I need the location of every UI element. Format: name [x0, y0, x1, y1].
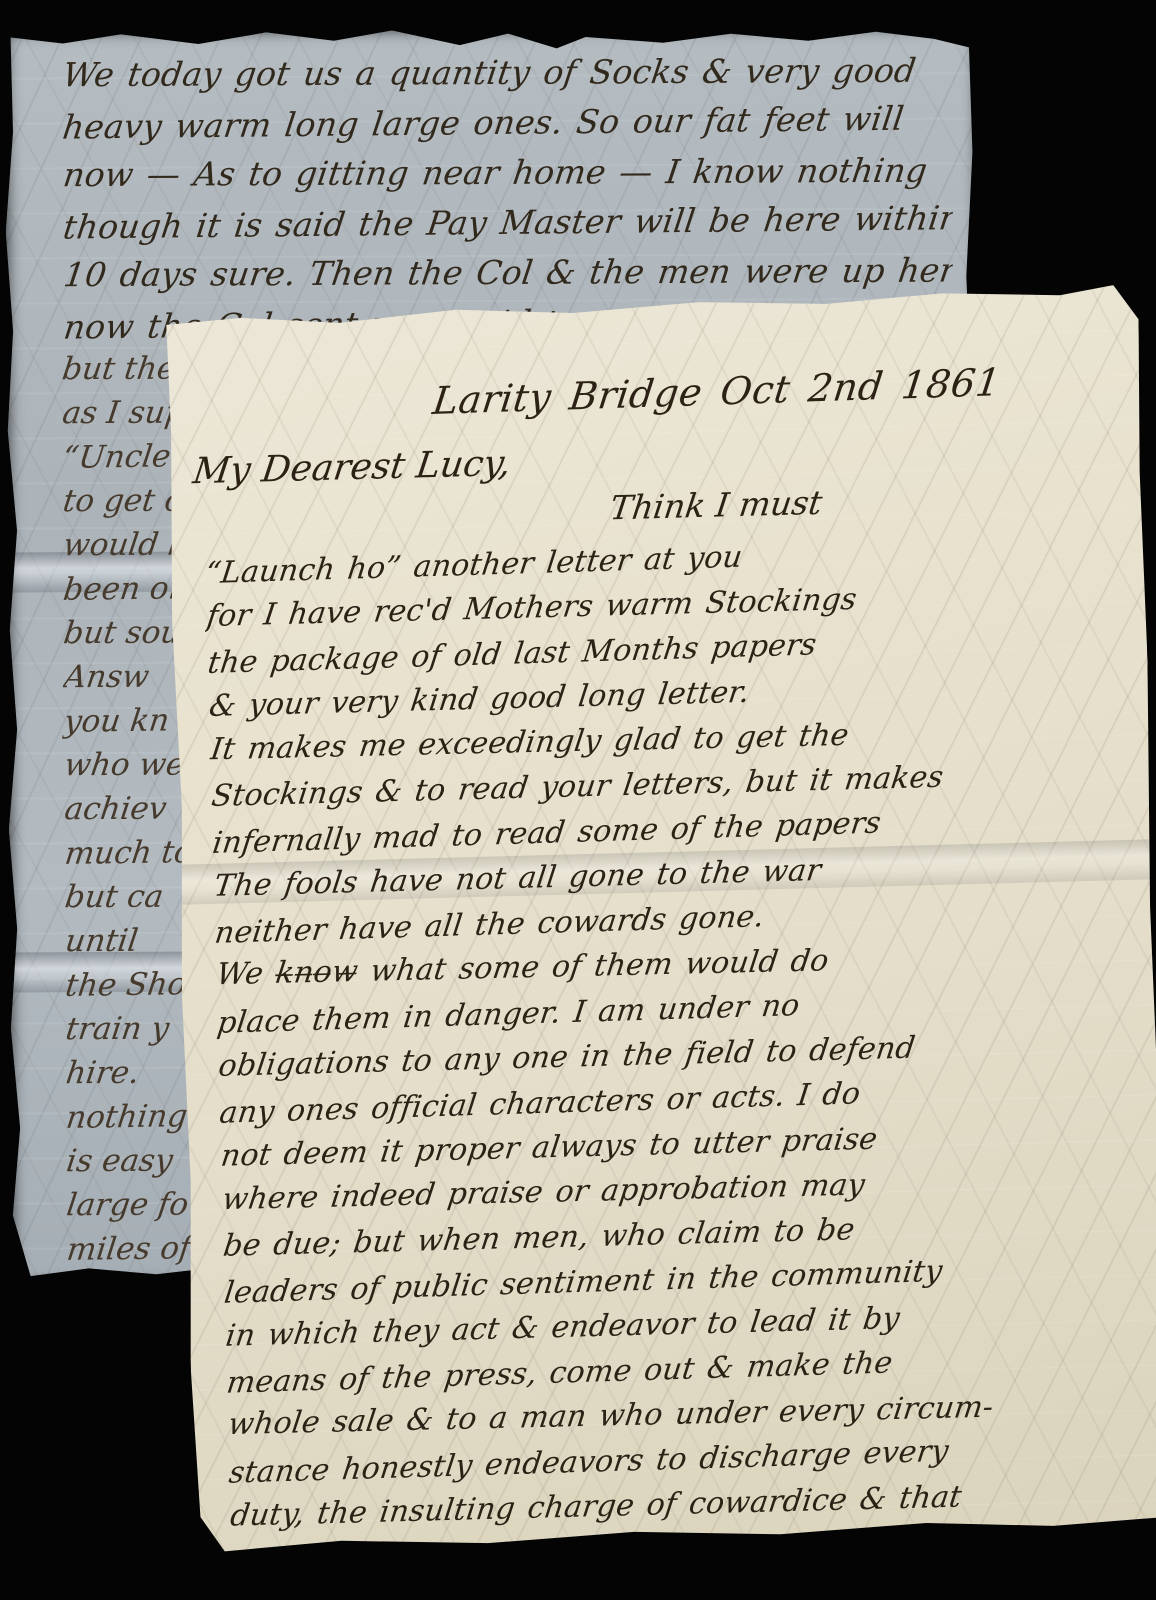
- handwritten-line: now — As to gitting near home — I know n…: [60, 146, 955, 201]
- photo-canvas: We today got us a quantity of Socks & ve…: [0, 0, 1156, 1600]
- handwritten-line: though it is said the Pay Master will be…: [60, 193, 955, 252]
- handwritten-line: We today got us a quantity of Socks & ve…: [60, 46, 955, 101]
- letter-opening-phrase: Think I must: [608, 483, 825, 528]
- front-letter-body: “Launch ho” another letter at youfor I h…: [205, 525, 1156, 1539]
- handwritten-line: 10 days sure. Then the Col & the men wer…: [61, 246, 956, 301]
- letter-dateline: Larity Bridge Oct 2nd 1861: [430, 360, 1003, 423]
- handwritten-line: heavy warm long large ones. So our fat f…: [60, 93, 955, 152]
- letter-salutation: My Dearest Lucy,: [191, 443, 514, 492]
- front-letter-page: Larity Bridge Oct 2nd 1861 My Dearest Lu…: [163, 284, 1156, 1554]
